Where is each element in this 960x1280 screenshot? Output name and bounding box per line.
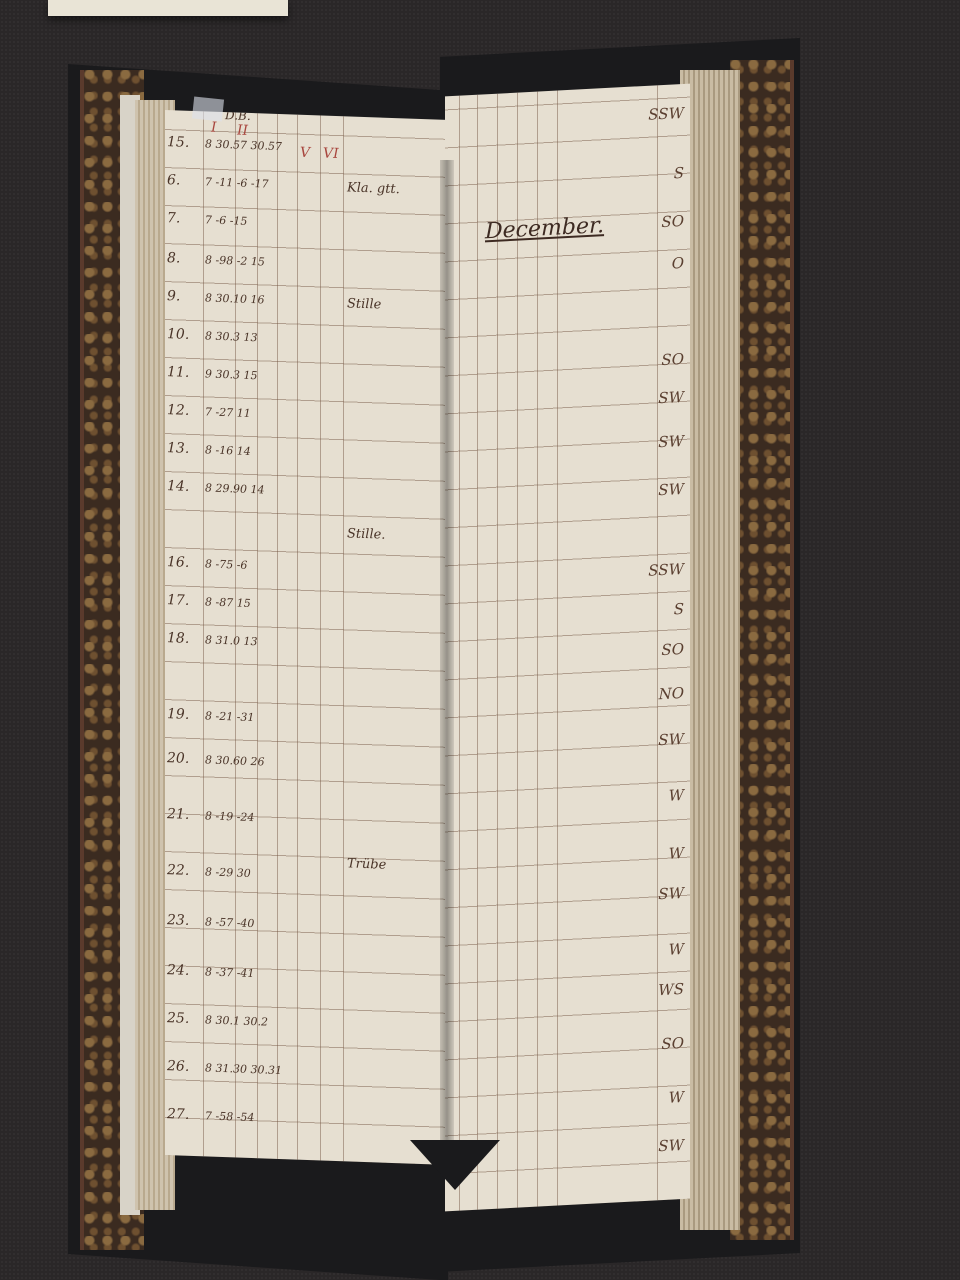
- wind-direction: SW: [658, 432, 684, 451]
- row-values: 8 30.1 30.2: [205, 1013, 268, 1028]
- row-values: 8 -75 -6: [205, 557, 247, 571]
- row-date: 25.: [167, 1010, 189, 1027]
- row-values: 8 31.30 30.31: [205, 1061, 282, 1077]
- row-date: 18.: [167, 630, 189, 647]
- row-date: 14.: [167, 478, 189, 495]
- wind-direction: SW: [658, 388, 684, 407]
- row-values: 8 -57 -40: [205, 915, 254, 930]
- exhibit-label-card: [48, 0, 288, 16]
- row-values: 8 31.0 13: [205, 633, 257, 648]
- row-date: 15.: [167, 134, 189, 151]
- row-date: 17.: [167, 592, 189, 609]
- row-date: 12.: [167, 402, 189, 419]
- row-date: 20.: [167, 750, 189, 767]
- row-values: 7 -6 -15: [205, 213, 247, 227]
- row-values: 8 -19 -24: [205, 809, 254, 824]
- row-date: 19.: [167, 706, 189, 723]
- wind-direction: S: [674, 600, 684, 619]
- tape-strip: [192, 96, 224, 121]
- wind-direction: SW: [658, 730, 684, 749]
- wind-direction: SW: [658, 480, 684, 499]
- row-values: 9 30.3 15: [205, 367, 257, 382]
- row-values: 7 -27 11: [205, 405, 251, 420]
- row-values: 8 30.60 26: [205, 753, 264, 768]
- wind-direction: NO: [659, 684, 684, 703]
- wind-direction: SO: [661, 1034, 684, 1053]
- logbook-left-page: I II D.B. V VI 15. 8 30.57 30.57 6. 7 -1…: [165, 110, 450, 1165]
- wind-direction: SW: [658, 884, 684, 903]
- note: Stille: [347, 296, 381, 312]
- row-values: 8 30.10 16: [205, 291, 264, 306]
- header-col-4: V: [300, 145, 310, 161]
- logbook-right-page: December. SSW S SO O SO SW SW SW SSW S S…: [445, 84, 690, 1212]
- row-date: 27.: [167, 1106, 189, 1123]
- row-values: 8 -16 14: [205, 443, 251, 458]
- header-center: D.B.: [225, 110, 251, 123]
- wind-direction: O: [672, 254, 684, 273]
- wind-direction: SSW: [648, 104, 684, 124]
- wind-direction: SW: [658, 1136, 684, 1155]
- row-values: 8 -21 -31: [205, 709, 254, 724]
- row-date: 11.: [167, 364, 189, 381]
- wind-direction: SO: [661, 350, 684, 369]
- row-values: 8 30.3 13: [205, 329, 257, 344]
- note: Trübe: [347, 856, 386, 872]
- note: Kla. gtt.: [347, 180, 400, 197]
- header-col-5: VI: [323, 146, 339, 163]
- row-date: 26.: [167, 1058, 189, 1075]
- header-col-1: I: [211, 120, 217, 136]
- note: Stille.: [347, 526, 385, 542]
- row-date: 23.: [167, 912, 189, 929]
- wind-direction: W: [669, 844, 684, 863]
- row-values: 8 -37 -41: [205, 965, 254, 980]
- wind-direction: SSW: [648, 560, 684, 580]
- wind-direction: W: [669, 940, 684, 959]
- month-heading: December.: [485, 213, 604, 244]
- row-date: 24.: [167, 962, 189, 979]
- wind-direction: S: [674, 164, 684, 183]
- wind-direction: WS: [658, 980, 684, 999]
- wind-direction: SO: [661, 640, 684, 659]
- wind-direction: SO: [661, 212, 684, 231]
- row-date: 6.: [167, 172, 180, 188]
- spine-shadow: [440, 160, 454, 1160]
- row-date: 16.: [167, 554, 189, 571]
- row-values: 8 30.57 30.57: [205, 137, 282, 153]
- row-date: 8.: [167, 250, 180, 266]
- row-date: 21.: [167, 806, 189, 823]
- row-values: 8 29.90 14: [205, 481, 264, 496]
- row-date: 10.: [167, 326, 189, 343]
- row-date: 22.: [167, 862, 189, 879]
- header-col-2: II: [237, 123, 248, 139]
- row-values: 7 -58 -54: [205, 1109, 254, 1124]
- row-date: 13.: [167, 440, 189, 457]
- row-values: 8 -87 15: [205, 595, 251, 610]
- row-date: 9.: [167, 288, 180, 304]
- wind-direction: W: [669, 786, 684, 805]
- row-values: 7 -11 -6 -17: [205, 175, 269, 190]
- wind-direction: W: [669, 1088, 684, 1107]
- row-values: 8 -98 -2 15: [205, 253, 265, 268]
- row-date: 7.: [167, 210, 180, 226]
- row-values: 8 -29 30: [205, 865, 251, 880]
